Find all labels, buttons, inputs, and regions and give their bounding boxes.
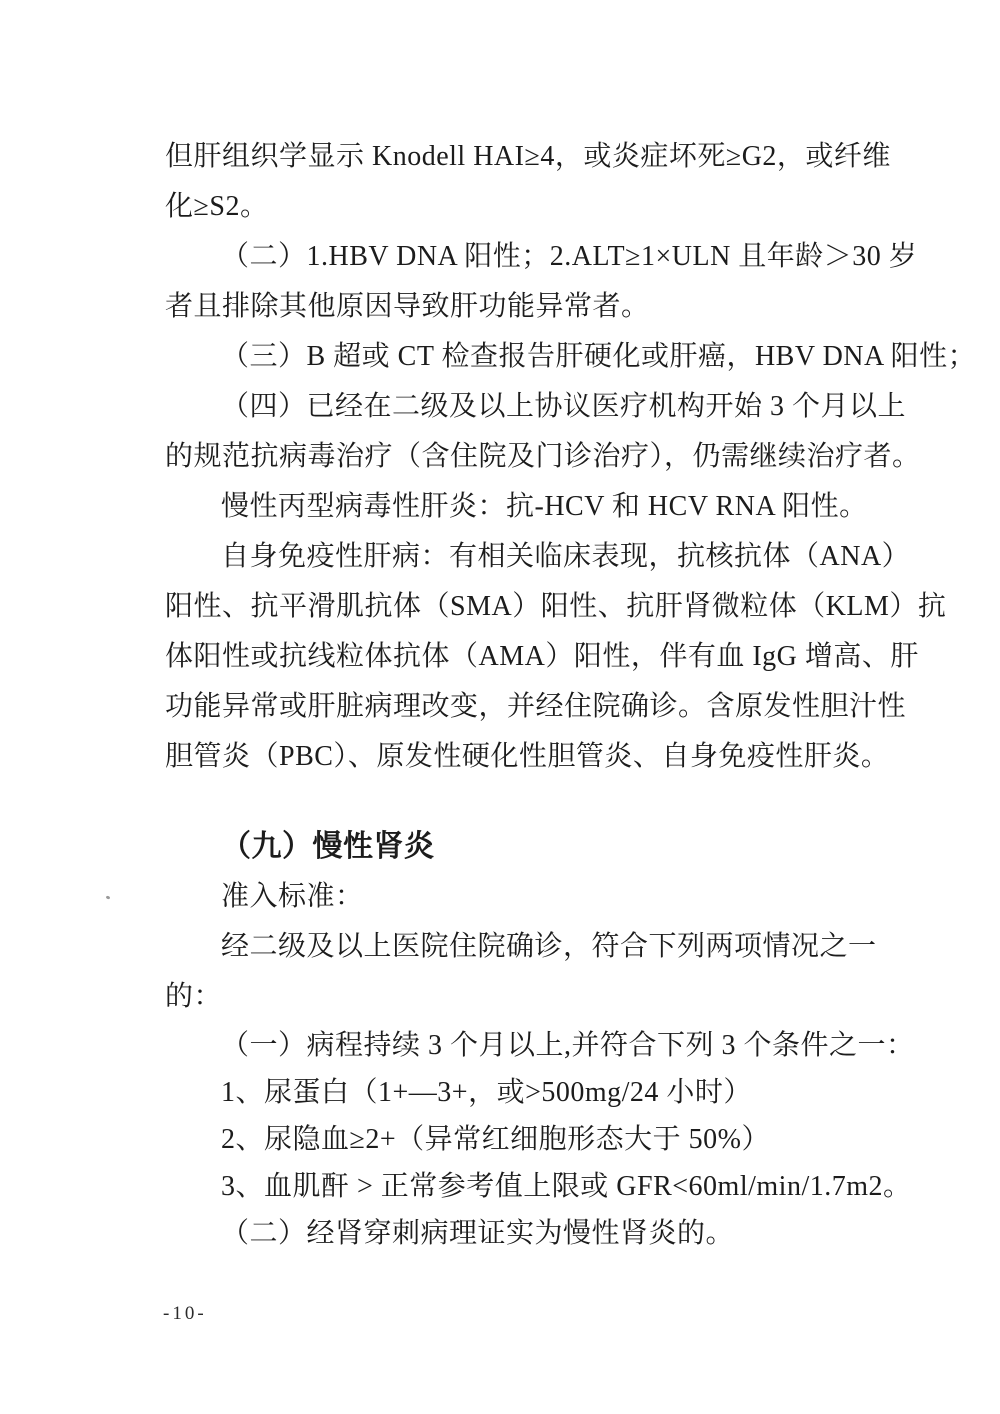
text-line: 慢性丙型病毒性肝炎：抗-HCV 和 HCV RNA 阳性。 xyxy=(165,482,877,532)
list-item: 1、尿蛋白（1+—3+，或>500mg/24 小时） xyxy=(165,1069,877,1116)
text-line: 的规范抗病毒治疗（含住院及门诊治疗），仍需继续治疗者。 xyxy=(165,432,877,482)
text-line: 阳性、抗平滑肌抗体（SMA）阳性、抗肝肾微粒体（KLM）抗 xyxy=(165,582,877,632)
text-line: 者且排除其他原因导致肝功能异常者。 xyxy=(165,282,877,332)
text-line: 准入标准： xyxy=(165,872,877,922)
text-line: 胆管炎（PBC）、原发性硬化性胆管炎、自身免疫性肝炎。 xyxy=(165,732,877,782)
text-line: 体阳性或抗线粒体抗体（AMA）阳性，伴有血 IgG 增高、肝 xyxy=(165,632,877,682)
text-line: （一）病程持续 3 个月以上,并符合下列 3 个条件之一： xyxy=(165,1022,877,1069)
text-line: 化≥S2。 xyxy=(165,182,877,232)
list-item: 3、血肌酐 > 正常参考值上限或 GFR<60ml/min/1.7m2。 xyxy=(165,1163,877,1210)
text-line: （三）B 超或 CT 检查报告肝硬化或肝癌，HBV DNA 阳性； xyxy=(165,332,877,382)
section-heading: （九）慢性肾炎 xyxy=(165,822,877,872)
text-line: （二）1.HBV DNA 阳性；2.ALT≥1×ULN 且年龄＞30 岁 xyxy=(165,232,877,282)
text-line: 但肝组织学显示 Knodell HAI≥4，或炎症坏死≥G2，或纤维 xyxy=(165,132,877,182)
document-body: 但肝组织学显示 Knodell HAI≥4，或炎症坏死≥G2，或纤维 化≥S2。… xyxy=(165,132,877,1257)
list-item: 2、尿隐血≥2+（异常红细胞形态大于 50%） xyxy=(165,1116,877,1163)
text-line: 的： xyxy=(165,972,877,1022)
page-number: -10- xyxy=(163,1303,207,1325)
text-line: 功能异常或肝脏病理改变，并经住院确诊。含原发性胆汁性 xyxy=(165,682,877,732)
text-line: （二）经肾穿刺病理证实为慢性肾炎的。 xyxy=(165,1210,877,1257)
text-line: 经二级及以上医院住院确诊，符合下列两项情况之一 xyxy=(165,922,877,972)
text-line: （四）已经在二级及以上协议医疗机构开始 3 个月以上 xyxy=(165,382,877,432)
document-page: 但肝组织学显示 Knodell HAI≥4，或炎症坏死≥G2，或纤维 化≥S2。… xyxy=(0,0,1000,1414)
text-line: 自身免疫性肝病：有相关临床表现，抗核抗体（ANA） xyxy=(165,532,877,582)
scan-artifact-dot xyxy=(106,895,111,899)
